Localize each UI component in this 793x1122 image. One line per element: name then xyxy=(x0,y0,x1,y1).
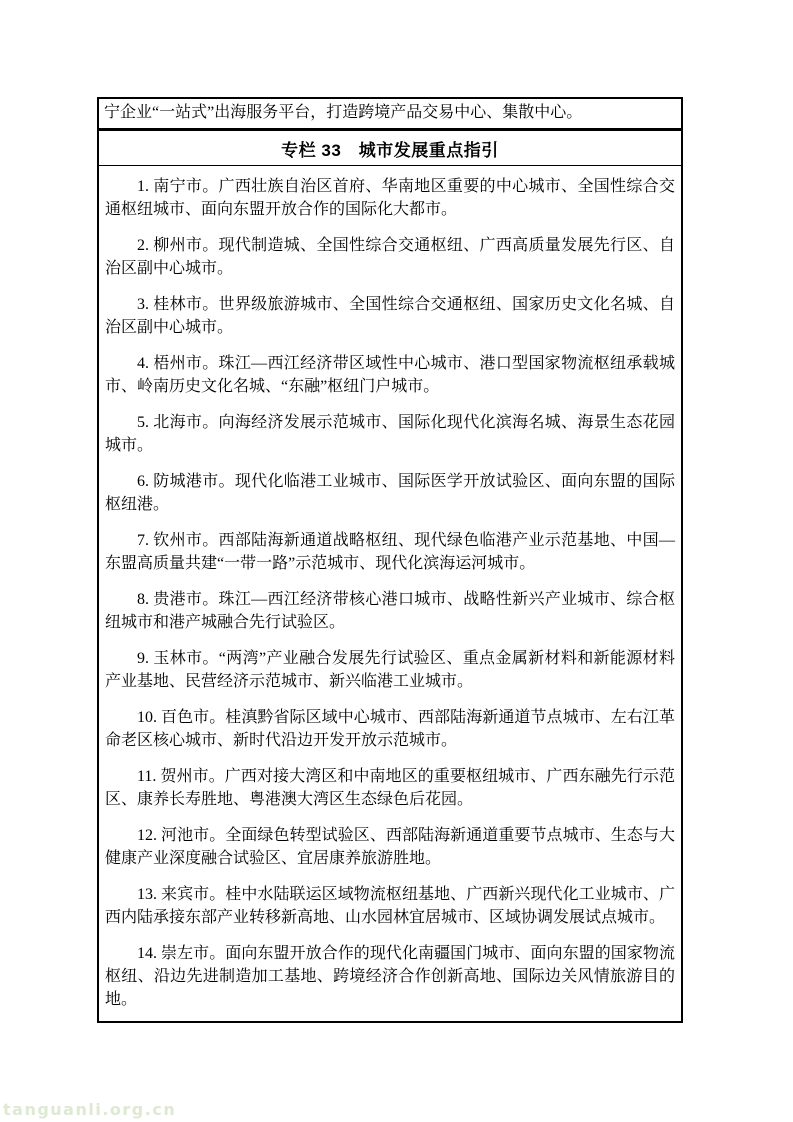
city-item: 3. 桂林市。世界级旅游城市、全国性综合交通枢纽、国家历史文化名城、自治区副中心… xyxy=(105,293,675,339)
city-item: 12. 河池市。全面绿色转型试验区、西部陆海新通道重要节点城市、生态与大健康产业… xyxy=(105,824,675,870)
city-item: 7. 钦州市。西部陆海新通道战略枢纽、现代绿色临港产业示范基地、中国—东盟高质量… xyxy=(105,529,675,575)
document-body: 宁企业“一站式”出海服务平台，打造跨境产品交易中心、集散中心。 专栏 33 城市… xyxy=(97,97,683,1023)
panel-body: 1. 南宁市。广西壮族自治区首府、华南地区重要的中心城市、全国性综合交通枢纽城市… xyxy=(99,166,681,1021)
city-item: 6. 防城港市。现代化临港工业城市、国际医学开放试验区、面向东盟的国际枢纽港。 xyxy=(105,470,675,516)
city-item: 1. 南宁市。广西壮族自治区首府、华南地区重要的中心城市、全国性综合交通枢纽城市… xyxy=(105,175,675,221)
city-item: 13. 来宾市。桂中水陆联运区域物流枢纽基地、广西新兴现代化工业城市、广西内陆承… xyxy=(105,883,675,929)
city-item: 9. 玉林市。“两湾”产业融合发展先行试验区、重点金属新材料和新能源材料产业基地… xyxy=(105,647,675,693)
carryover-text-cell: 宁企业“一站式”出海服务平台，打造跨境产品交易中心、集散中心。 xyxy=(97,97,683,129)
city-item: 5. 北海市。向海经济发展示范城市、国际化现代化滨海名城、海景生态花园城市。 xyxy=(105,411,675,457)
panel-title: 专栏 33 城市发展重点指引 xyxy=(99,131,681,166)
city-item: 14. 崇左市。面向东盟开放合作的现代化南疆国门城市、面向东盟的国家物流枢纽、沿… xyxy=(105,942,675,1011)
watermark: tanguanli.org.cn xyxy=(3,1100,176,1119)
city-item: 8. 贵港市。珠江—西江经济带核心港口城市、战略性新兴产业城市、综合枢纽城市和港… xyxy=(105,588,675,634)
city-item: 11. 贺州市。广西对接大湾区和中南地区的重要枢纽城市、广西东融先行示范区、康养… xyxy=(105,765,675,811)
city-item: 4. 梧州市。珠江—西江经济带区域性中心城市、港口型国家物流枢纽承载城市、岭南历… xyxy=(105,352,675,398)
document-page: { "page": { "watermark": "tanguanli.org.… xyxy=(0,0,793,1122)
city-item: 2. 柳州市。现代制造城、全国性综合交通枢纽、广西高质量发展先行区、自治区副中心… xyxy=(105,234,675,280)
city-item: 10. 百色市。桂滇黔省际区域中心城市、西部陆海新通道节点城市、左右江革命老区核… xyxy=(105,706,675,752)
panel-box: 专栏 33 城市发展重点指引 1. 南宁市。广西壮族自治区首府、华南地区重要的中… xyxy=(97,129,683,1023)
